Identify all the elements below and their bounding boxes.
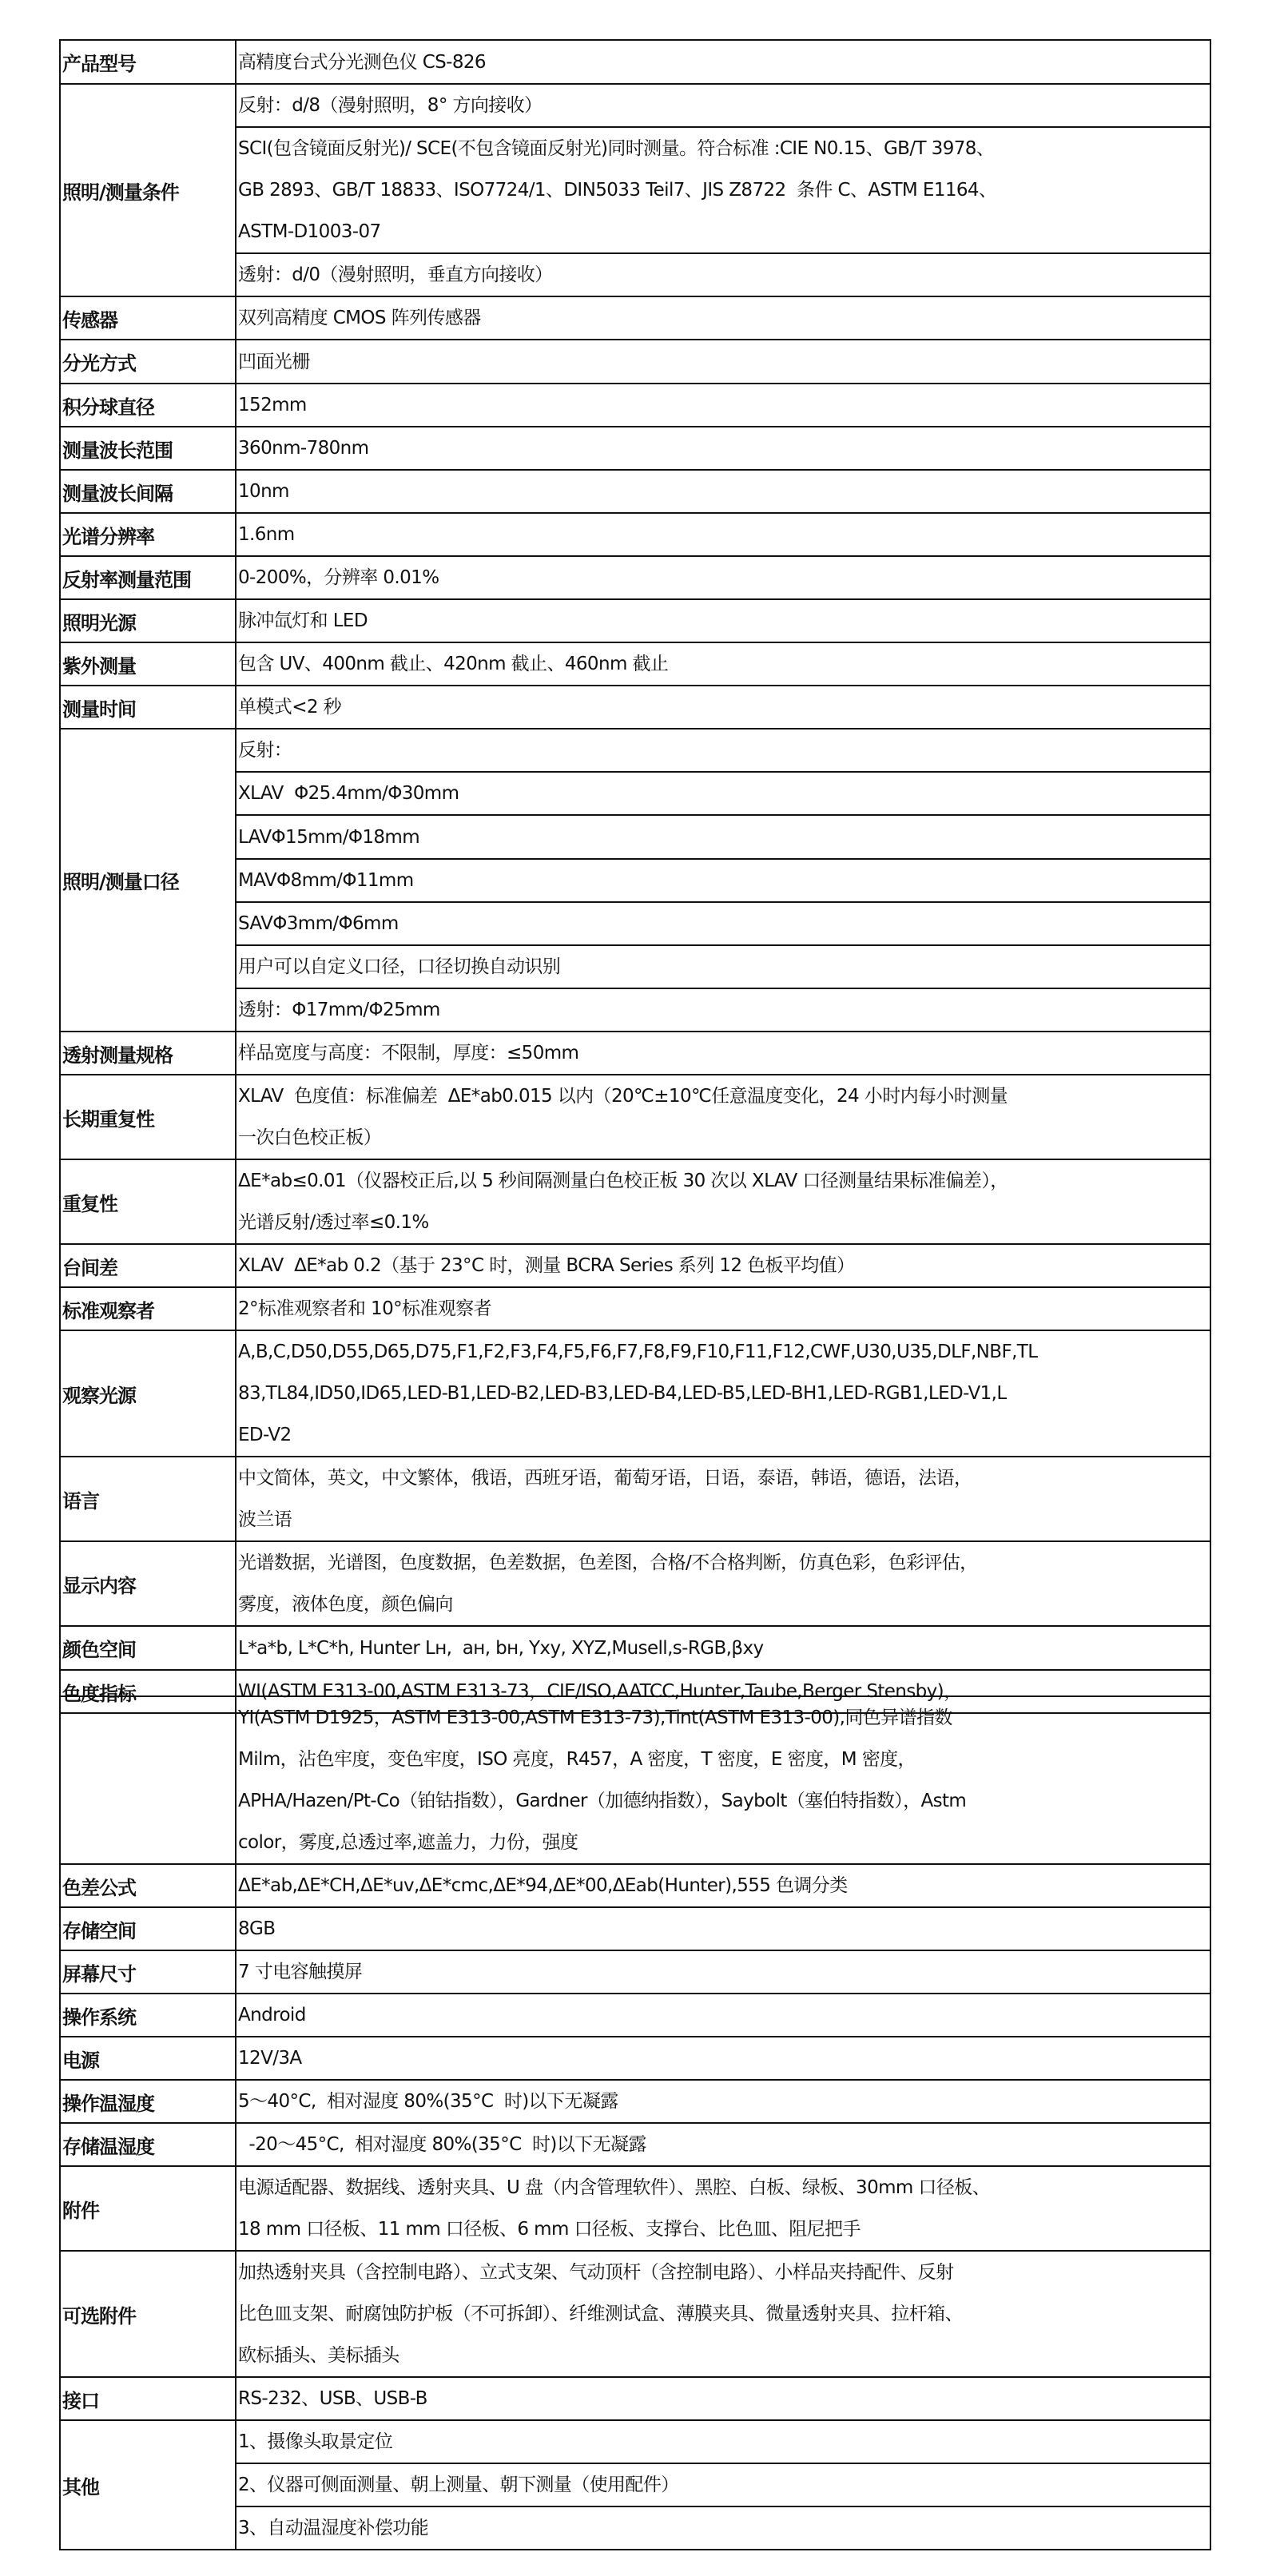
- spec-label: 语言: [60, 1457, 236, 1541]
- spec-value: 光谱数据，光谱图，色度数据，色差数据，色差图，合格/不合格判断，仿真色彩，色彩评…: [236, 1541, 1210, 1626]
- spec-value: ΔE*ab≤0.01（仪器校正后,以 5 秒间隔测量白色校正板 30 次以 XL…: [236, 1159, 1210, 1244]
- spec-value-line: GB 2893、GB/T 18833、ISO7724/1、DIN5033 Tei…: [238, 169, 1210, 211]
- spec-label: 颜色空间: [60, 1626, 236, 1670]
- spec-value: 3、自动温湿度补偿功能: [236, 2506, 1210, 2550]
- spec-value-line: 中文简体，英文，中文繁体，俄语，西班牙语，葡萄牙语，日语，泰语，韩语，德语，法语…: [238, 1457, 1210, 1499]
- spec-row: 台间差XLAV ΔE*ab 0.2（基于 23°C 时，测量 BCRA Seri…: [60, 1244, 1210, 1287]
- spec-value-line: 反射：d/8（漫射照明，8° 方向接收）: [238, 85, 1210, 126]
- spec-row: 色差公式ΔE*ab,ΔE*CH,ΔE*uv,ΔE*cmc,ΔE*94,ΔE*00…: [60, 1864, 1210, 1907]
- spec-row: 存储空间8GB: [60, 1907, 1210, 1950]
- spec-value-line: 2°标准观察者和 10°标准观察者: [238, 1288, 1210, 1330]
- spec-label: 测量波长间隔: [60, 470, 236, 513]
- spec-value-line: 83,TL84,ID50,ID65,LED-B1,LED-B2,LED-B3,L…: [238, 1373, 1210, 1414]
- spec-value-line: 高精度台式分光测色仪 CS-826: [238, 42, 1210, 83]
- spec-value-line: 样品宽度与高度：不限制，厚度：≤50mm: [238, 1032, 1210, 1074]
- spec-value-line: SCI(包含镜面反射光)/ SCE(不包含镜面反射光)同时测量。符合标准 :CI…: [238, 128, 1210, 169]
- spec-value-line: XLAV 色度值：标准偏差 ΔE*ab0.015 以内（20℃±10℃任意温度变…: [238, 1075, 1210, 1117]
- spec-value: -20～45°C, 相对湿度 80%(35°C 时)以下无凝露: [236, 2123, 1210, 2166]
- spec-value: 样品宽度与高度：不限制，厚度：≤50mm: [236, 1032, 1210, 1075]
- spec-value-line: -20～45°C, 相对湿度 80%(35°C 时)以下无凝露: [238, 2124, 1210, 2165]
- spec-value-line: color，雾度,总透过率,遮盖力，力份，强度: [238, 1822, 1210, 1863]
- spec-value-line: 加热透射夹具（含控制电路）、立式支架、气动顶杆（含控制电路）、小样品夹持配件、反…: [238, 2252, 1210, 2293]
- spec-value: 2、仪器可侧面测量、朝上测量、朝下测量（使用配件）: [236, 2463, 1210, 2506]
- spec-row: 透射测量规格样品宽度与高度：不限制，厚度：≤50mm: [60, 1032, 1210, 1075]
- spec-value: 1.6nm: [236, 513, 1210, 556]
- spec-value-line: 波兰语: [238, 1499, 1210, 1540]
- spec-value: 包含 UV、400nm 截止、420nm 截止、460nm 截止: [236, 642, 1210, 686]
- spec-label: 传感器: [60, 296, 236, 340]
- spec-value: 7 寸电容触摸屏: [236, 1950, 1210, 1994]
- spec-row: 照明/测量条件反射：d/8（漫射照明，8° 方向接收）: [60, 84, 1210, 127]
- spec-value-line: L*a*b, L*C*h, Hunter Lн, aн, bн, Yxy, XY…: [238, 1628, 1210, 1669]
- spec-label: 其他: [60, 2420, 236, 2550]
- spec-value-line: 光谱数据，光谱图，色度数据，色差数据，色差图，合格/不合格判断，仿真色彩，色彩评…: [238, 1542, 1210, 1584]
- spec-value: XLAV Φ25.4mm/Φ30mm: [236, 772, 1210, 815]
- spec-label: 照明光源: [60, 599, 236, 642]
- spec-label: 产品型号: [60, 40, 236, 84]
- spec-label: 照明/测量口径: [60, 729, 236, 1032]
- spec-row: 紫外测量包含 UV、400nm 截止、420nm 截止、460nm 截止: [60, 642, 1210, 686]
- spec-label: 显示内容: [60, 1541, 236, 1626]
- spec-value: 单模式<2 秒: [236, 686, 1210, 729]
- spec-value-line: 单模式<2 秒: [238, 686, 1210, 728]
- spec-label: 反射率测量范围: [60, 556, 236, 599]
- spec-label: 标准观察者: [60, 1287, 236, 1330]
- spec-value-line: 1.6nm: [238, 514, 1210, 555]
- spec-value: 脉冲氙灯和 LED: [236, 599, 1210, 642]
- spec-value: 透射：Φ17mm/Φ25mm: [236, 988, 1210, 1032]
- spec-value-line: 雾度，液体色度，颜色偏向: [238, 1584, 1210, 1625]
- spec-value-line: 3、自动温湿度补偿功能: [238, 2507, 1210, 2549]
- spec-row: 接口RS-232、USB、USB-B: [60, 2377, 1210, 2420]
- spec-row: 测量波长间隔10nm: [60, 470, 1210, 513]
- spec-value-line: 反射：: [238, 729, 1210, 771]
- spec-value: 凹面光栅: [236, 340, 1210, 384]
- spec-row: 电源12V/3A: [60, 2037, 1210, 2080]
- spec-value-line: 光谱反射/透过率≤0.1%: [238, 1202, 1210, 1243]
- spec-value-line: 一次白色校正板）: [238, 1117, 1210, 1159]
- spec-row: 其他1、摄像头取景定位: [60, 2420, 1210, 2463]
- spec-value: 360nm-780nm: [236, 427, 1210, 470]
- spec-label: 积分球直径: [60, 384, 236, 427]
- spec-value: 用户可以自定义口径，口径切换自动识别: [236, 945, 1210, 988]
- spec-value: 0-200%，分辨率 0.01%: [236, 556, 1210, 599]
- spec-row: 测量时间单模式<2 秒: [60, 686, 1210, 729]
- spec-value: 5～40°C, 相对湿度 80%(35°C 时)以下无凝露: [236, 2080, 1210, 2123]
- spec-value-line: XLAV Φ25.4mm/Φ30mm: [238, 773, 1210, 814]
- spec-row: YI(ASTM D1925，ASTM E313-00,ASTM E313-73)…: [60, 1696, 1210, 1864]
- spec-label: 分光方式: [60, 340, 236, 384]
- spec-label: 屏幕尺寸: [60, 1950, 236, 1994]
- spec-row: 附件电源适配器、数据线、透射夹具、U 盘（内含管理软件）、黑腔、白板、绿板、30…: [60, 2166, 1210, 2251]
- spec-value-line: 360nm-780nm: [238, 427, 1210, 469]
- spec-value-line: LAVΦ15mm/Φ18mm: [238, 817, 1210, 858]
- spec-value-line: ΔE*ab,ΔE*CH,ΔE*uv,ΔE*cmc,ΔE*94,ΔE*00,ΔEa…: [238, 1865, 1210, 1906]
- spec-value-line: 8GB: [238, 1908, 1210, 1950]
- spec-row: 反射率测量范围0-200%，分辨率 0.01%: [60, 556, 1210, 599]
- spec-value-line: ED-V2: [238, 1414, 1210, 1456]
- spec-value: A,B,C,D50,D55,D65,D75,F1,F2,F3,F4,F5,F6,…: [236, 1330, 1210, 1457]
- spec-row: 分光方式凹面光栅: [60, 340, 1210, 384]
- spec-label: 测量波长范围: [60, 427, 236, 470]
- spec-value-line: 1、摄像头取景定位: [238, 2421, 1210, 2463]
- spec-value: L*a*b, L*C*h, Hunter Lн, aн, bн, Yxy, XY…: [236, 1626, 1210, 1670]
- spec-label: 重复性: [60, 1159, 236, 1244]
- spec-label: 测量时间: [60, 686, 236, 729]
- spec-row: 观察光源A,B,C,D50,D55,D65,D75,F1,F2,F3,F4,F5…: [60, 1330, 1210, 1457]
- spec-value-line: APHA/Hazen/Pt-Co（铂钴指数），Gardner（加德纳指数），Sa…: [238, 1780, 1210, 1822]
- spec-value-line: Android: [238, 1994, 1210, 2036]
- spec-value: 1、摄像头取景定位: [236, 2420, 1210, 2463]
- spec-value: SAVΦ3mm/Φ6mm: [236, 902, 1210, 945]
- spec-value-line: 152mm: [238, 384, 1210, 426]
- spec-row: 重复性ΔE*ab≤0.01（仪器校正后,以 5 秒间隔测量白色校正板 30 次以…: [60, 1159, 1210, 1244]
- spec-value: XLAV 色度值：标准偏差 ΔE*ab0.015 以内（20℃±10℃任意温度变…: [236, 1075, 1210, 1159]
- spec-row: 操作系统Android: [60, 1994, 1210, 2037]
- spec-value: RS-232、USB、USB-B: [236, 2377, 1210, 2420]
- spec-row: 测量波长范围360nm-780nm: [60, 427, 1210, 470]
- spec-value: 2°标准观察者和 10°标准观察者: [236, 1287, 1210, 1330]
- spec-value: 12V/3A: [236, 2037, 1210, 2080]
- spec-label: [60, 1696, 236, 1864]
- spec-value: 8GB: [236, 1907, 1210, 1950]
- spec-value-line: 18 mm 口径板、11 mm 口径板、6 mm 口径板、支撑台、比色皿、阻尼把…: [238, 2208, 1210, 2250]
- spec-row: 屏幕尺寸7 寸电容触摸屏: [60, 1950, 1210, 1994]
- spec-value-line: 电源适配器、数据线、透射夹具、U 盘（内含管理软件）、黑腔、白板、绿板、30mm…: [238, 2167, 1210, 2208]
- spec-label: 附件: [60, 2166, 236, 2251]
- spec-label: 操作温湿度: [60, 2080, 236, 2123]
- spec-row: 积分球直径152mm: [60, 384, 1210, 427]
- spec-row: 产品型号高精度台式分光测色仪 CS-826: [60, 40, 1210, 84]
- spec-value-line: 7 寸电容触摸屏: [238, 1951, 1210, 1993]
- spec-label: 接口: [60, 2377, 236, 2420]
- spec-value-line: 0-200%，分辨率 0.01%: [238, 557, 1210, 598]
- spec-label: 照明/测量条件: [60, 84, 236, 296]
- spec-value: 中文简体，英文，中文繁体，俄语，西班牙语，葡萄牙语，日语，泰语，韩语，德语，法语…: [236, 1457, 1210, 1541]
- spec-value-line: 10nm: [238, 471, 1210, 512]
- spec-value-line: 2、仪器可侧面测量、朝上测量、朝下测量（使用配件）: [238, 2464, 1210, 2506]
- spec-row: 光谱分辨率1.6nm: [60, 513, 1210, 556]
- spec-value-line: ΔE*ab≤0.01（仪器校正后,以 5 秒间隔测量白色校正板 30 次以 XL…: [238, 1160, 1210, 1202]
- spec-label: 色差公式: [60, 1864, 236, 1907]
- spec-value: SCI(包含镜面反射光)/ SCE(不包含镜面反射光)同时测量。符合标准 :CI…: [236, 127, 1210, 253]
- spec-value-line: 用户可以自定义口径，口径切换自动识别: [238, 946, 1210, 988]
- spec-label: 光谱分辨率: [60, 513, 236, 556]
- spec-label: 存储温湿度: [60, 2123, 236, 2166]
- spec-label: 台间差: [60, 1244, 236, 1287]
- spec-label: 操作系统: [60, 1994, 236, 2037]
- spec-value-line: 比色皿支架、耐腐蚀防护板（不可拆卸）、纤维测试盒、薄膜夹具、微量透射夹具、拉杆箱…: [238, 2293, 1210, 2335]
- spec-value-line: Milm，沾色牢度，变色牢度，ISO 亮度，R457，A 密度，T 密度，E 密…: [238, 1739, 1210, 1780]
- spec-value: 加热透射夹具（含控制电路）、立式支架、气动顶杆（含控制电路）、小样品夹持配件、反…: [236, 2251, 1210, 2377]
- spec-value: Android: [236, 1994, 1210, 2037]
- spec-value: 电源适配器、数据线、透射夹具、U 盘（内含管理软件）、黑腔、白板、绿板、30mm…: [236, 2166, 1210, 2251]
- spec-label: 透射测量规格: [60, 1032, 236, 1075]
- spec-value-line: 欧标插头、美标插头: [238, 2335, 1210, 2376]
- spec-value: MAVΦ8mm/Φ11mm: [236, 859, 1210, 902]
- spec-value-line: 5～40°C, 相对湿度 80%(35°C 时)以下无凝露: [238, 2081, 1210, 2122]
- spec-value-line: 凹面光栅: [238, 341, 1210, 383]
- spec-value: 双列高精度 CMOS 阵列传感器: [236, 296, 1210, 340]
- spec-value: ΔE*ab,ΔE*CH,ΔE*uv,ΔE*cmc,ΔE*94,ΔE*00,ΔEa…: [236, 1864, 1210, 1907]
- spec-row: 颜色空间L*a*b, L*C*h, Hunter Lн, aн, bн, Yxy…: [60, 1626, 1210, 1670]
- spec-table-part-1: 产品型号高精度台式分光测色仪 CS-826照明/测量条件反射：d/8（漫射照明，…: [59, 39, 1211, 1714]
- spec-row: 照明/测量口径反射：: [60, 729, 1210, 772]
- spec-value: 透射：d/0（漫射照明，垂直方向接收）: [236, 253, 1210, 296]
- spec-value: 高精度台式分光测色仪 CS-826: [236, 40, 1210, 84]
- spec-value: 反射：: [236, 729, 1210, 772]
- spec-table-part-2: YI(ASTM D1925，ASTM E313-00,ASTM E313-73)…: [59, 1695, 1211, 2550]
- spec-value-line: YI(ASTM D1925，ASTM E313-00,ASTM E313-73)…: [238, 1697, 1210, 1739]
- spec-label: 存储空间: [60, 1907, 236, 1950]
- spec-value: LAVΦ15mm/Φ18mm: [236, 815, 1210, 859]
- spec-value-line: 包含 UV、400nm 截止、420nm 截止、460nm 截止: [238, 643, 1210, 685]
- spec-value-line: 透射：d/0（漫射照明，垂直方向接收）: [238, 254, 1210, 296]
- spec-value-line: XLAV ΔE*ab 0.2（基于 23°C 时，测量 BCRA Series …: [238, 1245, 1210, 1286]
- spec-value-line: 脉冲氙灯和 LED: [238, 600, 1210, 642]
- spec-value-line: A,B,C,D50,D55,D65,D75,F1,F2,F3,F4,F5,F6,…: [238, 1331, 1210, 1373]
- spec-value-line: 透射：Φ17mm/Φ25mm: [238, 989, 1210, 1031]
- spec-value-line: MAVΦ8mm/Φ11mm: [238, 860, 1210, 901]
- spec-label: 长期重复性: [60, 1075, 236, 1159]
- spec-label: 观察光源: [60, 1330, 236, 1457]
- spec-row: 语言中文简体，英文，中文繁体，俄语，西班牙语，葡萄牙语，日语，泰语，韩语，德语，…: [60, 1457, 1210, 1541]
- spec-value-line: 12V/3A: [238, 2037, 1210, 2079]
- spec-row: 传感器双列高精度 CMOS 阵列传感器: [60, 296, 1210, 340]
- spec-row: 长期重复性XLAV 色度值：标准偏差 ΔE*ab0.015 以内（20℃±10℃…: [60, 1075, 1210, 1159]
- spec-row: 操作温湿度5～40°C, 相对湿度 80%(35°C 时)以下无凝露: [60, 2080, 1210, 2123]
- spec-row: 可选附件加热透射夹具（含控制电路）、立式支架、气动顶杆（含控制电路）、小样品夹持…: [60, 2251, 1210, 2377]
- spec-value-line: ASTM-D1003-07: [238, 211, 1210, 252]
- spec-row: 照明光源脉冲氙灯和 LED: [60, 599, 1210, 642]
- spec-value: 反射：d/8（漫射照明，8° 方向接收）: [236, 84, 1210, 127]
- spec-row: 标准观察者2°标准观察者和 10°标准观察者: [60, 1287, 1210, 1330]
- spec-value-line: RS-232、USB、USB-B: [238, 2378, 1210, 2419]
- spec-value: 152mm: [236, 384, 1210, 427]
- spec-value-line: SAVΦ3mm/Φ6mm: [238, 903, 1210, 944]
- spec-row: 存储温湿度 -20～45°C, 相对湿度 80%(35°C 时)以下无凝露: [60, 2123, 1210, 2166]
- spec-label: 可选附件: [60, 2251, 236, 2377]
- spec-value-line: 双列高精度 CMOS 阵列传感器: [238, 297, 1210, 339]
- spec-value: YI(ASTM D1925，ASTM E313-00,ASTM E313-73)…: [236, 1696, 1210, 1864]
- spec-row: 显示内容光谱数据，光谱图，色度数据，色差数据，色差图，合格/不合格判断，仿真色彩…: [60, 1541, 1210, 1626]
- spec-label: 紫外测量: [60, 642, 236, 686]
- spec-value: 10nm: [236, 470, 1210, 513]
- spec-label: 电源: [60, 2037, 236, 2080]
- spec-value: XLAV ΔE*ab 0.2（基于 23°C 时，测量 BCRA Series …: [236, 1244, 1210, 1287]
